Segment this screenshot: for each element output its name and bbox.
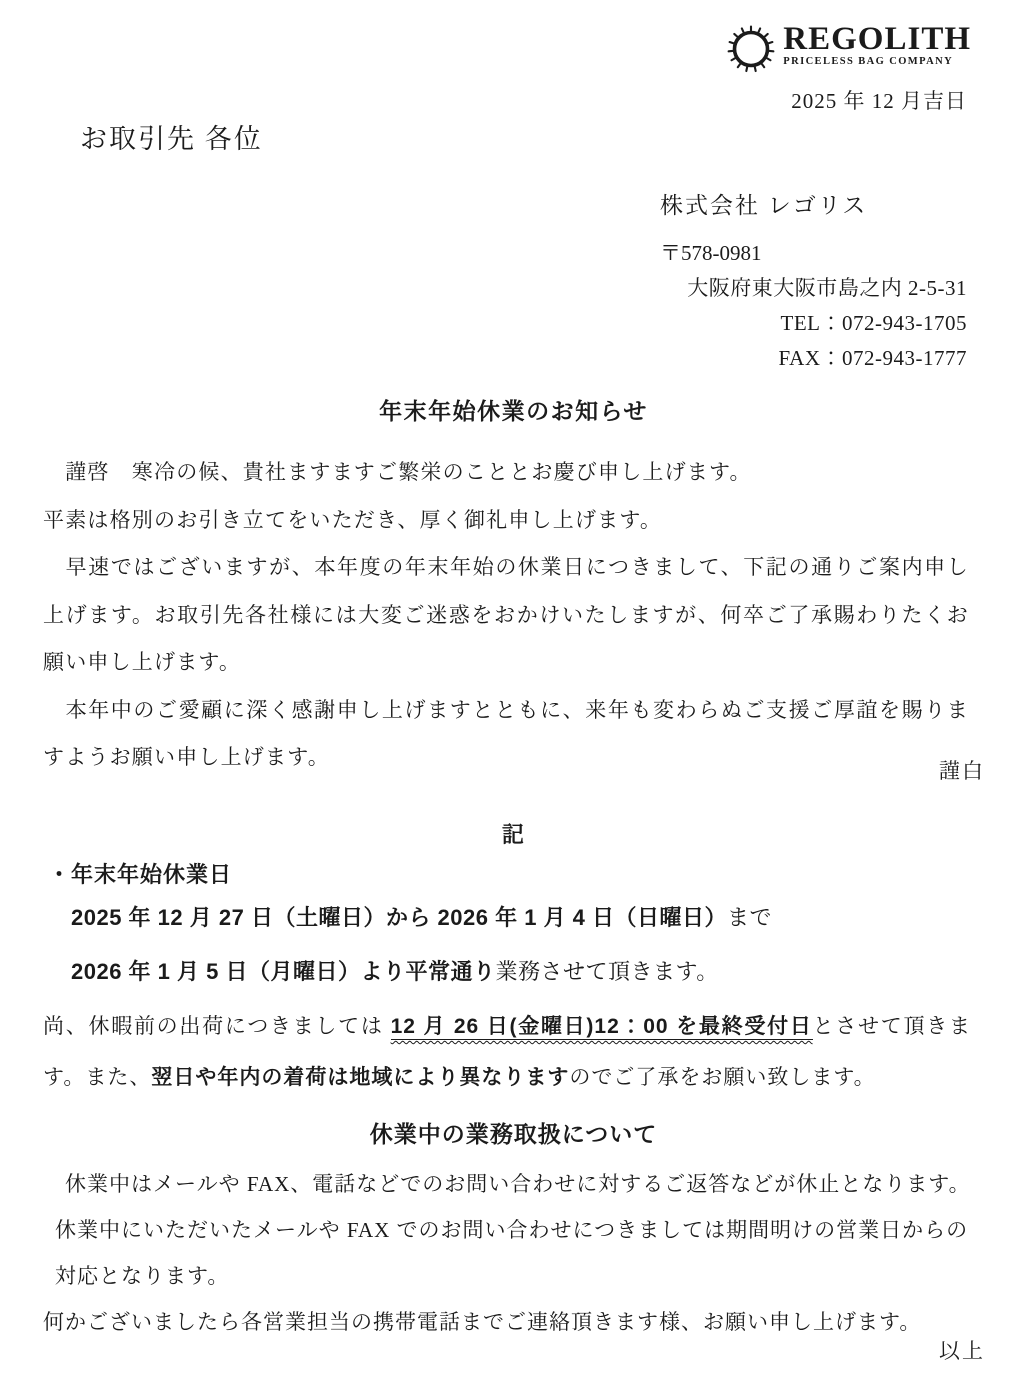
end-word: 以上 xyxy=(939,1335,985,1365)
notice-paragraph: 本年中のご愛顧に深く感謝申し上げますとともに、来年も変わらぬご支援ご厚誼を賜りま… xyxy=(43,687,969,782)
stitched-circle-icon xyxy=(726,24,776,79)
closure-heading: 休業中の業務取扱について xyxy=(0,1116,1027,1149)
holiday-period-dates: 2025 年 12 月 27 日（土曜日）から 2026 年 1 月 4 日（日… xyxy=(71,905,727,930)
closure-paragraph: 何かございましたら各営業担当の携帯電話までご連絡頂きます様、お願い申し上げます。 xyxy=(43,1299,977,1345)
text-segment: のでご了承をお願い致します。 xyxy=(569,1065,875,1089)
logo-brand-text: REGOLITH xyxy=(783,22,971,56)
sender-address: 大阪府東大阪市島之内 2-5-31 xyxy=(660,271,967,306)
record-heading: 記 xyxy=(0,818,1027,849)
sender-company: 株式会社 レゴリス xyxy=(660,188,967,223)
issue-date: 2025 年 12 月吉日 xyxy=(791,85,967,115)
notice-body: 謹啓 寒冷の候、貴社ますますご繁栄のこととお慶び申し上げます。平素は格別のお引き… xyxy=(43,449,969,782)
sender-tel: TEL：072-943-1705 xyxy=(660,306,967,341)
sender-fax: FAX：072-943-1777 xyxy=(660,341,967,376)
text-segment: 翌日や年内の着荷は地域により異なります xyxy=(151,1066,569,1089)
holiday-period-line: 2025 年 12 月 27 日（土曜日）から 2026 年 1 月 4 日（日… xyxy=(71,901,772,932)
recipient-line: お取引先 各位 xyxy=(80,117,263,156)
text-segment: 尚、休暇前の出荷につきましては xyxy=(43,1014,391,1038)
notice-paragraph: 謹啓 寒冷の候、貴社ますますご繁栄のこととお慶び申し上げます。 xyxy=(43,449,969,497)
notice-title: 年末年始休業のお知らせ xyxy=(0,393,1027,426)
closure-paragraph: 休業中はメールや FAX、電話などでのお問い合わせに対するご返答などが休止となり… xyxy=(43,1161,977,1207)
shipping-note: 尚、休暇前の出荷につきましては 12 月 26 日(金曜日)12：00 を最終受… xyxy=(43,1001,971,1103)
company-logo: REGOLITH PRICELESS BAG COMPANY xyxy=(726,22,971,79)
closure-body: 休業中はメールや FAX、電話などでのお問い合わせに対するご返答などが休止となり… xyxy=(43,1161,977,1345)
notice-paragraph: 平素は格別のお引き立てをいただき、厚く御礼申し上げます。 xyxy=(43,497,969,545)
sender-postal-code: 〒578-0981 xyxy=(660,236,967,271)
text-segment: 12 月 26 日(金曜日)12：00 を最終受付日 xyxy=(391,1015,813,1040)
resume-dates: 2026 年 1 月 5 日（月曜日）より平常通り xyxy=(71,959,495,984)
notice-paragraph: 早速ではございますが、本年度の年末年始の休業日につきまして、下記の通りご案内申し… xyxy=(43,544,969,687)
logo-tagline: PRICELESS BAG COMPANY xyxy=(783,56,971,67)
sender-info: 株式会社 レゴリス 〒578-0981 大阪府東大阪市島之内 2-5-31 TE… xyxy=(660,188,967,376)
resume-suffix: 業務させて頂きます。 xyxy=(495,959,718,984)
closing-word: 謹白 xyxy=(939,755,985,785)
resume-line: 2026 年 1 月 5 日（月曜日）より平常通り業務させて頂きます。 xyxy=(71,955,719,986)
closure-paragraph: 休業中にいただいたメールや FAX でのお問い合わせにつきましては期間明けの営業… xyxy=(43,1207,977,1299)
holiday-period-suffix: まで xyxy=(727,905,772,930)
document: REGOLITH PRICELESS BAG COMPANY 2025 年 12… xyxy=(0,0,1027,1379)
holiday-section-label: ・年末年始休業日 xyxy=(48,858,232,889)
